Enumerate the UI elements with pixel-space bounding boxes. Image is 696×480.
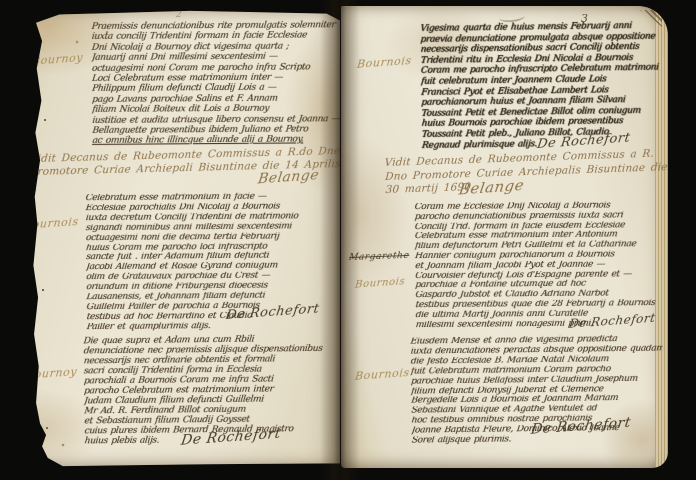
belange-signature: Belange	[458, 176, 526, 199]
paper-specks	[36, 29, 38, 31]
right-page: 3 Bournois Vigesima quarta die huius men…	[341, 6, 668, 468]
marriage-entry: Coram me Ecclesiae Dnij Nicolaij a Bourn…	[414, 201, 665, 331]
margin-note-bournoy-1: Bournoy	[31, 51, 83, 68]
margin-note-bournois-3: Bournois	[354, 366, 410, 383]
margin-note-bournois-1: Bournois	[356, 54, 412, 71]
left-page: 2 Bournoy Praemissis denunciationibus ri…	[6, 9, 340, 467]
margin-note-bournois-2: Bournois	[354, 276, 405, 291]
margin-note-bournoy-3: Bournoy	[25, 365, 77, 382]
vidit-inscription: Vidit Decanus de Rubeomonte Commissus a …	[384, 147, 668, 197]
manuscript-line: Pailler et quamplurimis alijs.	[86, 321, 340, 333]
margin-note-bournois-2: Bournois	[23, 215, 79, 232]
manuscript-scan: 2 Bournoy Praemissis denunciationibus ri…	[0, 0, 696, 480]
left-page-number: 2	[176, 10, 182, 20]
marriage-entry: Praemissis denunciationibus rite promulg…	[92, 20, 340, 147]
margin-note-margarethe: Margarethe	[348, 251, 409, 263]
belange-signature: Belange	[257, 167, 320, 187]
